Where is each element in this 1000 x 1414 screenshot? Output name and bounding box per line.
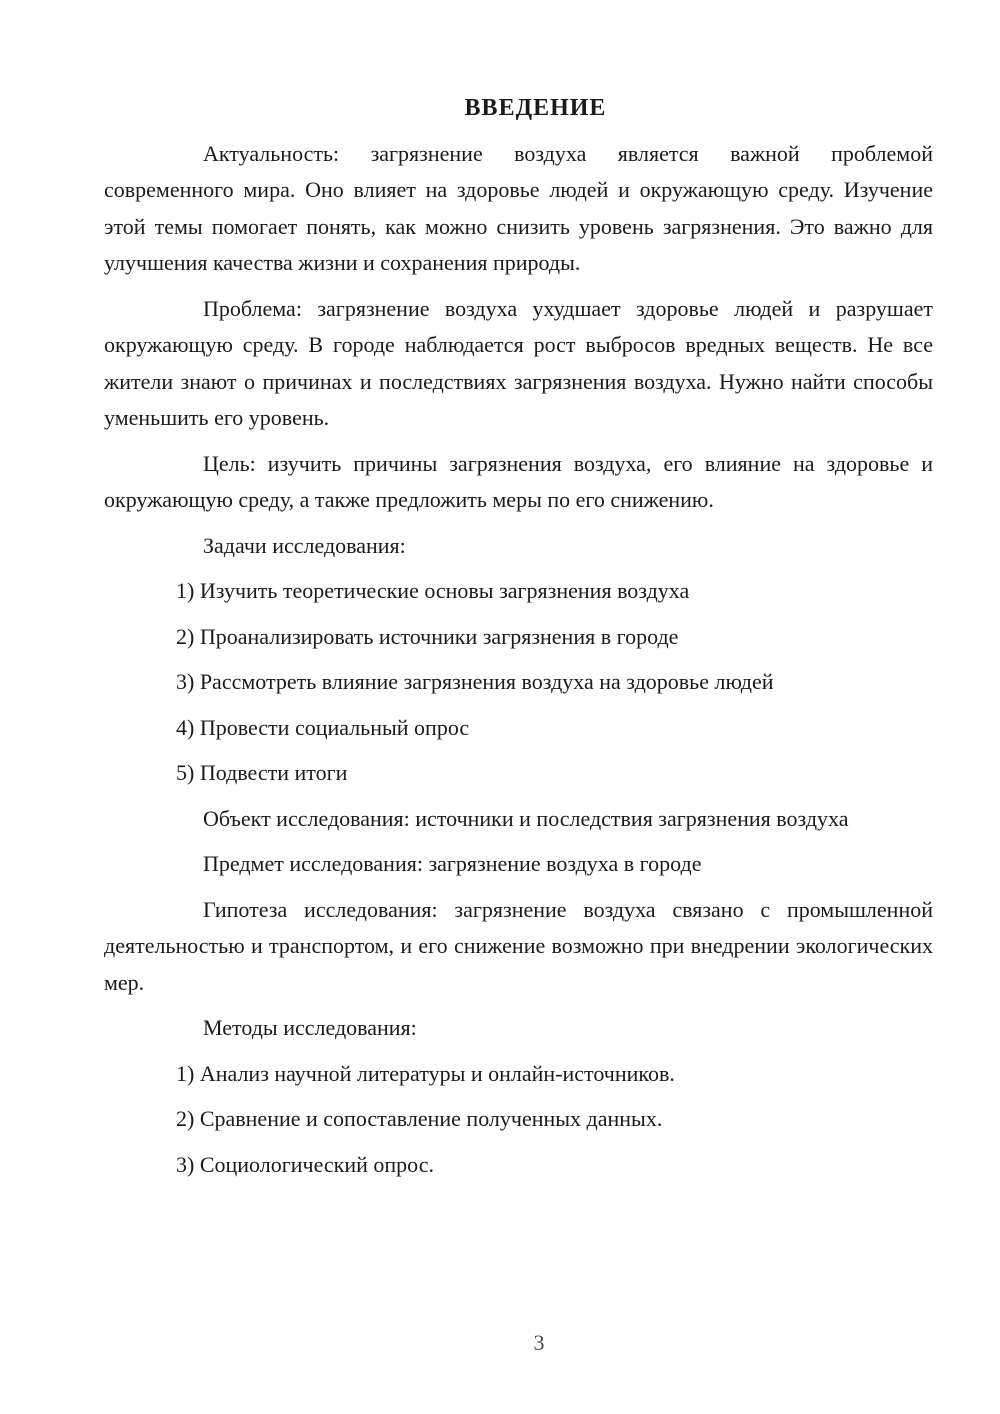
task-item-4: 4) Провести социальный опрос [176,710,933,747]
paragraph-object: Объект исследования: источники и последс… [104,801,933,838]
method-item-3: 3) Социологический опрос. [176,1147,933,1184]
task-item-5: 5) Подвести итоги [176,755,933,792]
document-page: ВВЕДЕНИЕ Актуальность: загрязнение возду… [0,0,1000,1414]
task-item-3: 3) Рассмотреть влияние загрязнения возду… [176,664,933,701]
tasks-heading: Задачи исследования: [104,528,933,565]
paragraph-subject: Предмет исследования: загрязнение воздух… [104,846,933,883]
paragraph-goal: Цель: изучить причины загрязнения воздух… [104,446,933,519]
methods-heading: Методы исследования: [104,1010,933,1047]
method-item-2: 2) Сравнение и сопоставление полученных … [176,1101,933,1138]
page-number: 3 [78,1328,1000,1358]
method-item-1: 1) Анализ научной литературы и онлайн-ис… [176,1056,933,1093]
task-item-2: 2) Проанализировать источники загрязнени… [176,619,933,656]
paragraph-problem: Проблема: загрязнение воздуха ухудшает з… [104,291,933,437]
paragraph-hypothesis: Гипотеза исследования: загрязнение возду… [104,892,933,1002]
paragraph-relevance: Актуальность: загрязнение воздуха являет… [104,136,933,282]
page-title: ВВЕДЕНИЕ [138,90,933,127]
task-item-1: 1) Изучить теоретические основы загрязне… [176,573,933,610]
